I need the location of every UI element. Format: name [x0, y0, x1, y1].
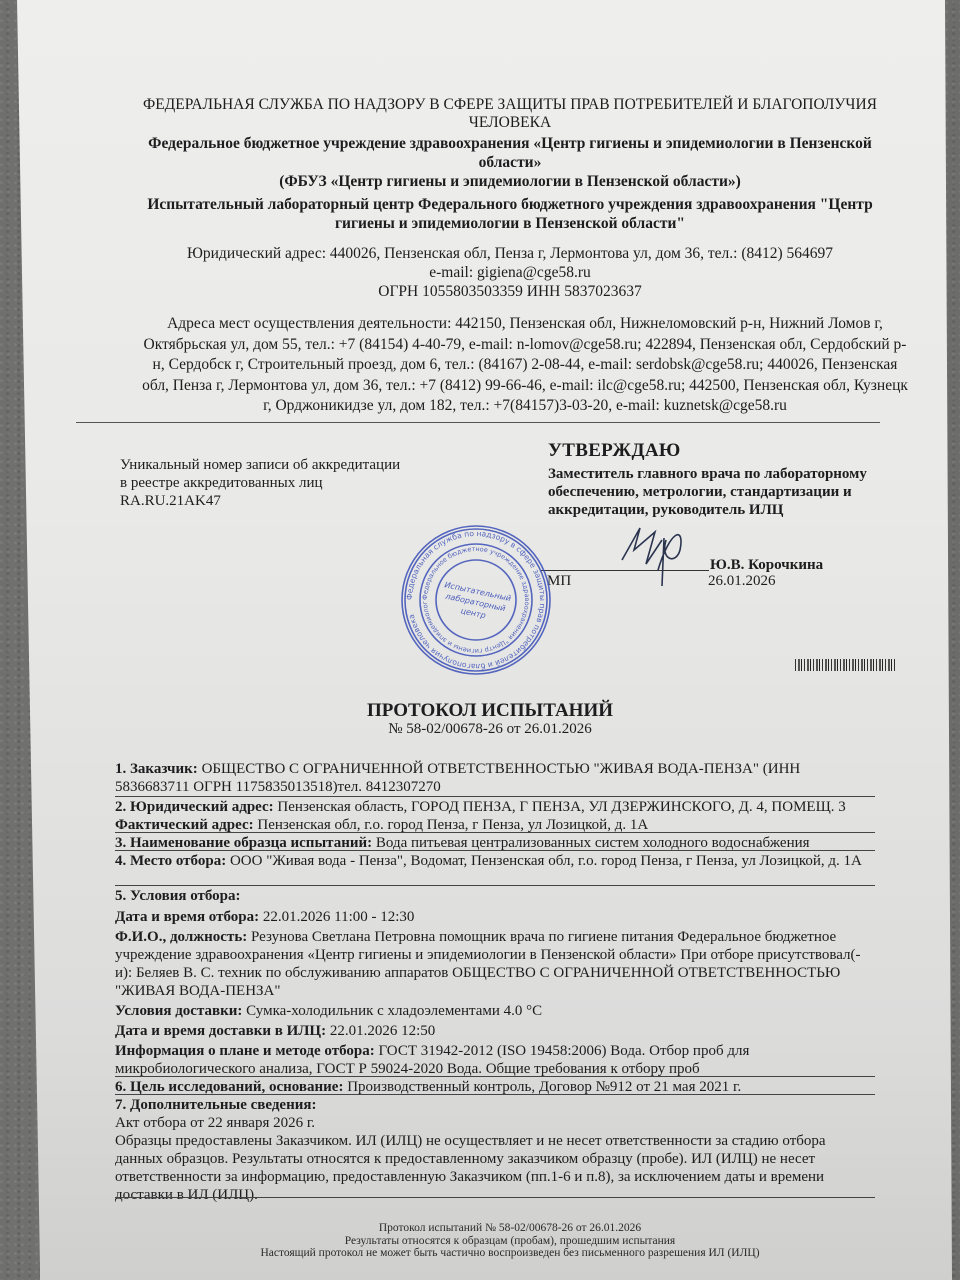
actual-address-value: Пензенская обл, г.о. город Пенза, г Пенз…: [254, 817, 649, 833]
email: e-mail: gigiena@cge58.ru: [120, 263, 900, 282]
field-customer: 1. Заказчик: ОБЩЕСТВО С ОГРАНИЧЕННОЙ ОТВ…: [115, 760, 875, 796]
institution-name: Федеральное бюджетное учреждение здравоо…: [120, 134, 900, 191]
institution-full: Федеральное бюджетное учреждение здравоо…: [120, 134, 900, 172]
protocol-title: ПРОТОКОЛ ИСПЫТАНИЙ: [100, 700, 880, 722]
sampling-place-value: ООО "Живая вода - Пенза", Водомат, Пензе…: [226, 853, 862, 869]
institution-short: (ФБУЗ «Центр гигиены и эпидемиологии в П…: [120, 172, 900, 191]
field-divider: [115, 850, 875, 851]
accreditation-number: RA.RU.21AK47: [120, 492, 420, 510]
activity-addresses: Адреса мест осуществления деятельности: …: [140, 314, 910, 417]
legal-address-label: 2. Юридический адрес:: [115, 799, 274, 815]
legal-address-block: Юридический адрес: 440026, Пензенская об…: [120, 244, 900, 301]
sampling-place-label: 4. Место отбора:: [115, 853, 226, 869]
accreditation-registry: в реестре аккредитованных лиц: [120, 474, 420, 492]
agency-name: ФЕДЕРАЛЬНАЯ СЛУЖБА ПО НАДЗОРУ В СФЕРЕ ЗА…: [120, 96, 900, 132]
field-delivery-conditions: Условия доставки: Сумка-холодильник с хл…: [115, 1002, 875, 1020]
sampler-label: Ф.И.О., должность:: [115, 929, 247, 945]
signature-line: [541, 570, 709, 571]
customer-label: 1. Заказчик:: [115, 761, 198, 777]
footer-protocol-ref: Протокол испытаний № 58-02/00678-26 от 2…: [230, 1222, 790, 1235]
field-delivery-datetime: Дата и время доставки в ИЛЦ: 22.01.2026 …: [115, 1022, 875, 1040]
sampling-datetime-label: Дата и время отбора:: [115, 909, 259, 925]
sampling-act: Акт отбора от 22 января 2026 г.: [115, 1114, 875, 1132]
legal-address: Юридический адрес: 440026, Пензенская об…: [120, 244, 900, 263]
field-divider: [115, 885, 875, 886]
field-divider: [115, 1076, 875, 1077]
field-divider: [115, 1197, 875, 1198]
field-sampling-datetime: Дата и время отбора: 22.01.2026 11:00 - …: [115, 908, 875, 926]
barcode: [795, 659, 897, 671]
actual-address-label: Фактический адрес:: [115, 817, 254, 833]
approval-date: 26.01.2026: [708, 573, 776, 590]
protocol-number: № 58-02/00678-26 от 26.01.2026: [100, 721, 880, 738]
footer-results-note: Результаты относятся к образцам (пробам)…: [230, 1235, 790, 1248]
delivery-datetime-value: 22.01.2026 12:50: [326, 1023, 435, 1039]
header-divider: [76, 422, 880, 423]
field-sampling-method: Информация о плане и методе отбора: ГОСТ…: [115, 1042, 875, 1078]
field-additional-info: 7. Дополнительные сведения: Акт отбора о…: [115, 1096, 875, 1204]
signer-name: Ю.В. Корочкина: [710, 557, 823, 574]
field-legal-address: 2. Юридический адрес: Пензенская область…: [115, 798, 875, 816]
additional-info-label: 7. Дополнительные сведения:: [115, 1096, 875, 1114]
field-sampler: Ф.И.О., должность: Резунова Светлана Пет…: [115, 928, 875, 1000]
delivery-datetime-label: Дата и время доставки в ИЛЦ:: [115, 1023, 326, 1039]
sampling-method-label: Информация о плане и методе отбора:: [115, 1043, 375, 1059]
purpose-value: Производственный контроль, Договор №912 …: [343, 1079, 741, 1095]
conditions-label: 5. Условия отбора:: [115, 888, 241, 904]
approval-title: УТВЕРЖДАЮ: [548, 440, 681, 462]
additional-info-text: Образцы предоставлены Заказчиком. ИЛ (ИЛ…: [115, 1132, 875, 1204]
accreditation-label: Уникальный номер записи об аккредитации: [120, 456, 420, 474]
delivery-conditions-value: Сумка-холодильник с хладоэлементами 4.0 …: [242, 1003, 542, 1019]
ogrn-inn: ОГРН 1055803503359 ИНН 5837023637: [120, 282, 900, 301]
field-divider: [115, 796, 875, 797]
approval-role: Заместитель главного врача по лабораторн…: [548, 465, 908, 519]
field-sampling-place: 4. Место отбора: ООО "Живая вода - Пенза…: [115, 852, 875, 870]
sampling-datetime-value: 22.01.2026 11:00 - 12:30: [259, 909, 414, 925]
sample-label: 3. Наименование образца испытаний:: [115, 835, 372, 851]
field-conditions: 5. Условия отбора:: [115, 887, 875, 905]
customer-value: ОБЩЕСТВО С ОГРАНИЧЕННОЙ ОТВЕТСТВЕННОСТЬЮ…: [115, 761, 800, 795]
purpose-label: 6. Цель исследований, основание:: [115, 1079, 343, 1095]
field-divider: [115, 1094, 875, 1095]
legal-address-value: Пензенская область, ГОРОД ПЕНЗА, Г ПЕНЗА…: [274, 799, 846, 815]
delivery-conditions-label: Условия доставки:: [115, 1003, 242, 1019]
lab-center-name: Испытательный лабораторный центр Федерал…: [120, 195, 900, 233]
footer-reproduction-note: Настоящий протокол не может быть частичн…: [230, 1247, 790, 1260]
field-divider: [115, 832, 875, 833]
sample-value: Вода питьевая централизованных систем хо…: [372, 835, 809, 851]
page-footer: Протокол испытаний № 58-02/00678-26 от 2…: [230, 1222, 790, 1260]
official-stamp-icon: Федеральная служба по надзору в сфере за…: [398, 522, 554, 678]
signature-icon: [600, 520, 700, 590]
accreditation-block: Уникальный номер записи об аккредитации …: [120, 456, 420, 510]
